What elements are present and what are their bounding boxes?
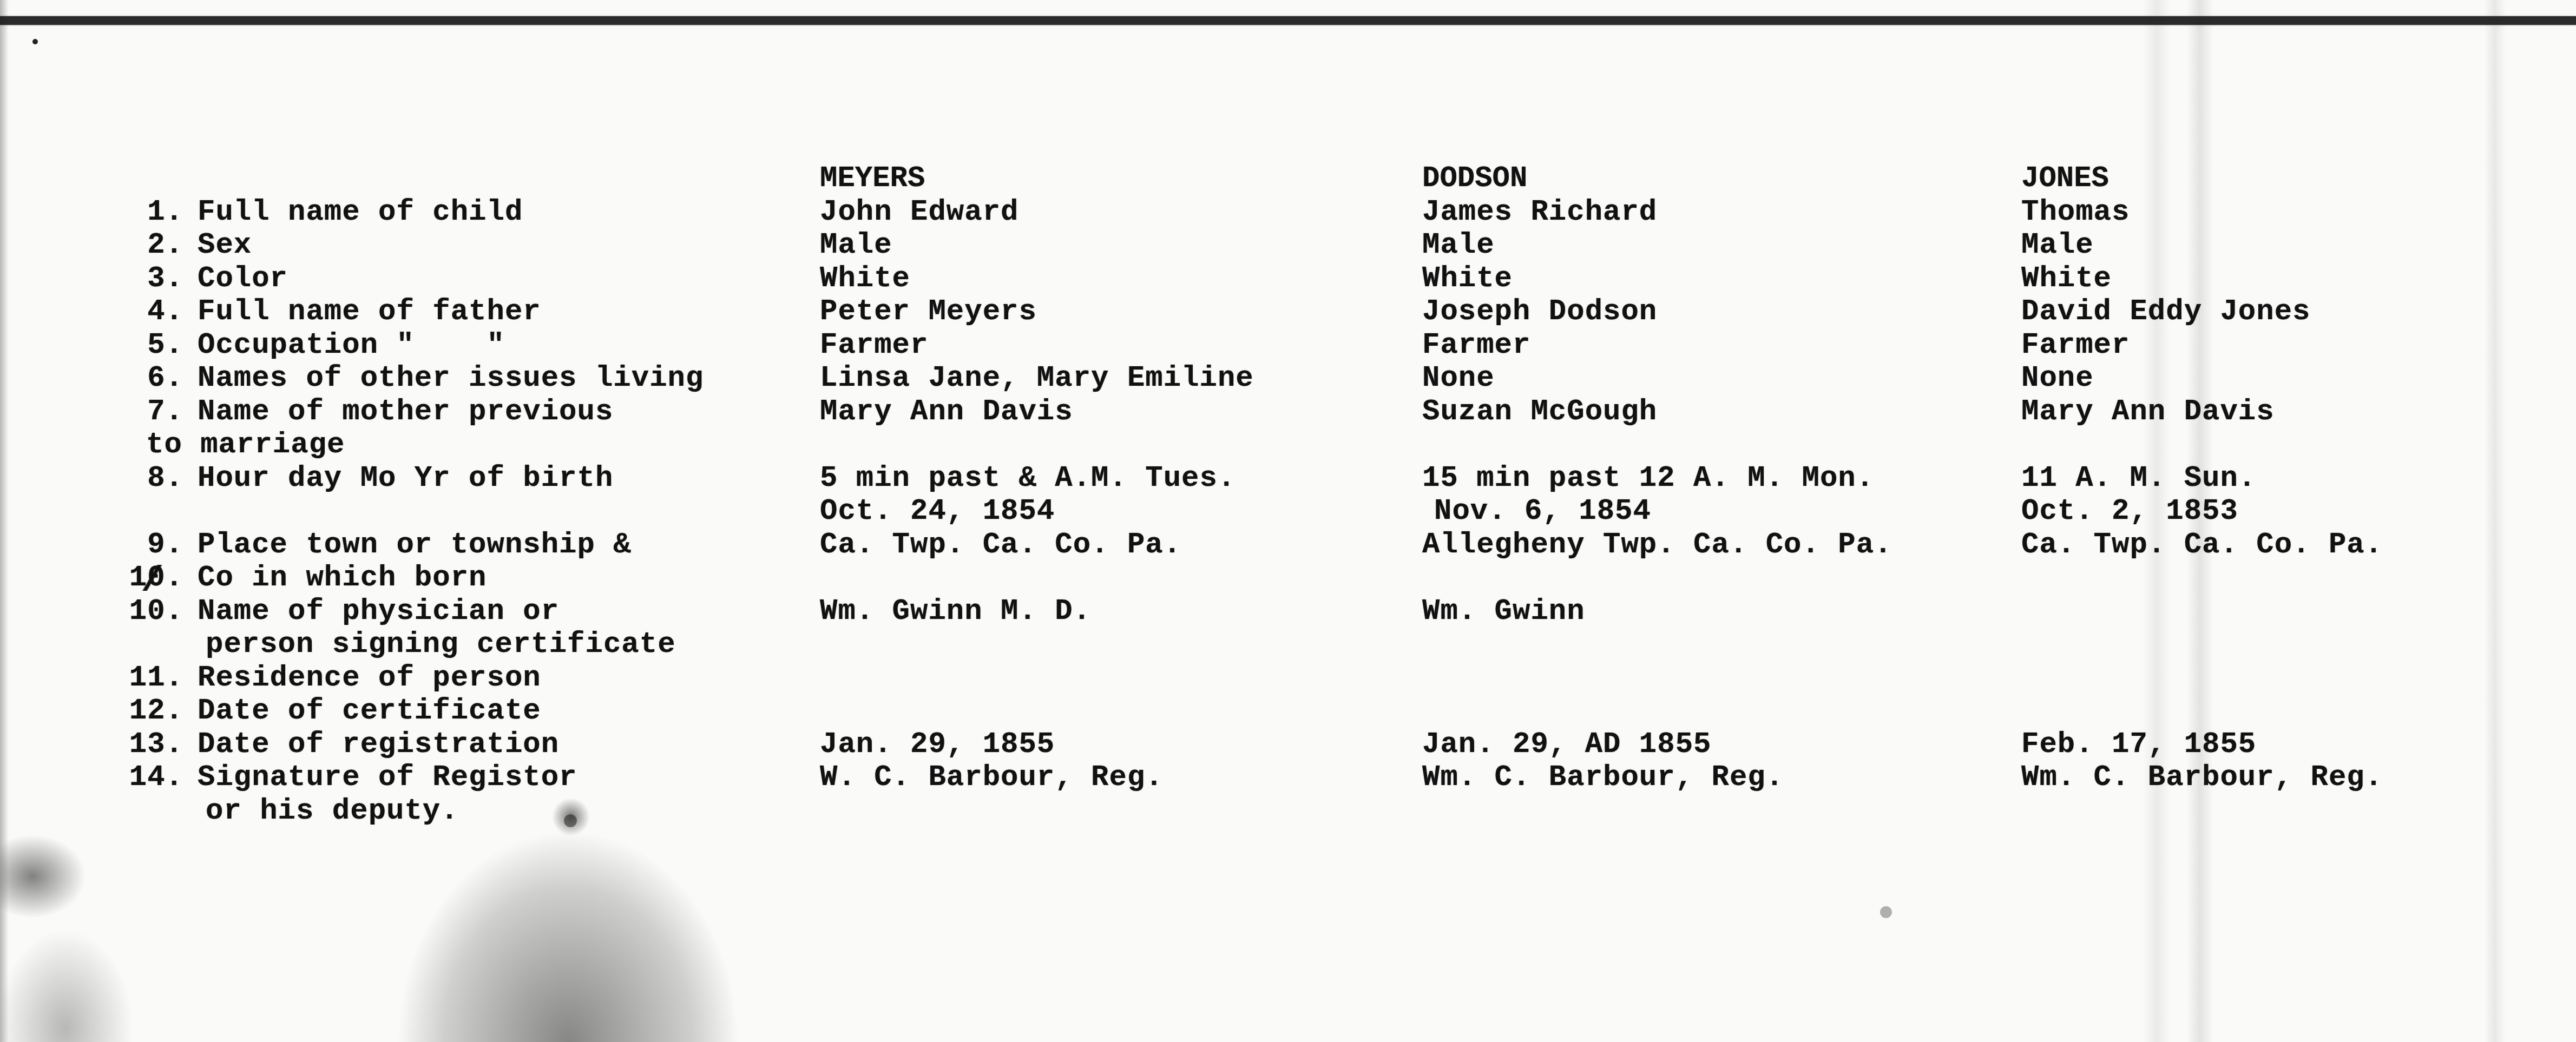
surname-heading: MEYERS (820, 162, 1404, 196)
birth-date-value: Oct. 2, 1853 (2021, 495, 2519, 529)
field-number: 4. (122, 295, 198, 329)
color-value: White (2021, 262, 2519, 296)
blank-line (1422, 628, 1996, 662)
field-number: 10. (122, 595, 198, 629)
field-label-14-continuation: or his deputy. (122, 795, 814, 828)
field-number: 1. (122, 196, 198, 229)
field-label-text: Date of registration (198, 728, 559, 761)
field-number: 2. (122, 229, 198, 262)
field-label-text: Color (198, 262, 288, 295)
field-label-text: Residence of person (198, 662, 541, 695)
field-label-text: Name of physician or (198, 595, 559, 628)
blank-line (2021, 428, 2519, 462)
field-label-7-continuation: to marriage (122, 428, 814, 462)
field-labels-column: 1.Full name of child 2.Sex 3.Color 4.Ful… (122, 162, 814, 828)
field-label-7: 7.Name of mother previous (122, 395, 814, 429)
physician-value: Wm. Gwinn M. D. (820, 595, 1404, 629)
field-label-text: Full name of child (198, 196, 523, 229)
struck-field-number: 10. (122, 562, 198, 595)
physician-value (2021, 595, 2519, 629)
field-label-9: 9.Place town or township & (122, 529, 814, 562)
registration-sheet: 1.Full name of child 2.Sex 3.Color 4.Ful… (0, 0, 2576, 1042)
physician-value: Wm. Gwinn (1422, 595, 1996, 629)
residence-value (820, 662, 1404, 695)
certificate-date-value (820, 695, 1404, 728)
field-number: 7. (122, 395, 198, 429)
residence-value (2021, 662, 2519, 695)
blank-line (1422, 562, 1996, 595)
field-label-8: 8.Hour day Mo Yr of birth (122, 462, 814, 496)
sex-value: Male (2021, 229, 2519, 262)
registrar-signature-value: W. C. Barbour, Reg. (820, 761, 1404, 795)
blank-line (2021, 562, 2519, 595)
registrar-signature-value: Wm. C. Barbour, Reg. (2021, 761, 2519, 795)
birth-date-value: Oct. 24, 1854 (820, 495, 1404, 529)
field-label-1: 1.Full name of child (122, 196, 814, 229)
father-value: Peter Meyers (820, 295, 1404, 329)
field-label-text: Full name of father (198, 295, 541, 328)
birth-time-value: 11 A. M. Sun. (2021, 462, 2519, 496)
registration-date-value: Jan. 29, 1855 (820, 728, 1404, 762)
full-name-value: Thomas (2021, 196, 2519, 229)
field-label-text: Co in which born (198, 562, 487, 595)
mother-maiden-value: Mary Ann Davis (2021, 395, 2519, 429)
occupation-value: Farmer (2021, 329, 2519, 362)
blank-line (122, 495, 814, 529)
blank-line (820, 428, 1404, 462)
field-label-text: Signature of Registor (198, 761, 577, 794)
field-label-10: 10.Name of physician or (122, 595, 814, 629)
field-label-3: 3.Color (122, 262, 814, 296)
field-number: 13. (122, 728, 198, 762)
color-value: White (820, 262, 1404, 296)
field-number: 12. (122, 695, 198, 728)
field-label-2: 2.Sex (122, 229, 814, 262)
field-label-text: Date of certificate (198, 695, 541, 728)
sex-value: Male (820, 229, 1404, 262)
field-number: 14. (122, 761, 198, 795)
field-label-text: Hour day Mo Yr of birth (198, 462, 613, 495)
residence-value (1422, 662, 1996, 695)
field-number: 6. (122, 362, 198, 395)
birth-date-value: Nov. 6, 1854 (1422, 495, 1996, 529)
record-column-jones: JONES Thomas Male White David Eddy Jones… (2021, 162, 2519, 795)
field-label-10-continuation: person signing certificate (122, 628, 814, 662)
full-name-value: James Richard (1422, 196, 1996, 229)
certificate-date-value (1422, 695, 1996, 728)
place-value: Allegheny Twp. Ca. Co. Pa. (1422, 529, 1996, 562)
field-number: 8. (122, 462, 198, 496)
field-label-text: Occupation " " (198, 329, 505, 362)
father-value: Joseph Dodson (1422, 295, 1996, 329)
other-issues-value: None (2021, 362, 2519, 395)
other-issues-value: None (1422, 362, 1996, 395)
field-label-text: Names of other issues living (198, 362, 704, 395)
blank-line (122, 162, 814, 196)
registration-date-value: Feb. 17, 1855 (2021, 728, 2519, 762)
birth-time-value: 5 min past & A.M. Tues. (820, 462, 1404, 496)
place-value: Ca. Twp. Ca. Co. Pa. (2021, 529, 2519, 562)
blank-line (820, 562, 1404, 595)
surname-heading: JONES (2021, 162, 2519, 196)
record-column-dodson: DODSON James Richard Male White Joseph D… (1422, 162, 1996, 795)
other-issues-value: Linsa Jane, Mary Emiline (820, 362, 1404, 395)
field-label-5: 5.Occupation " " (122, 329, 814, 362)
blank-line (820, 628, 1404, 662)
full-name-value: John Edward (820, 196, 1404, 229)
father-value: David Eddy Jones (2021, 295, 2519, 329)
mother-maiden-value: Mary Ann Davis (820, 395, 1404, 429)
mother-maiden-value: Suzan McGough (1422, 395, 1996, 429)
sex-value: Male (1422, 229, 1996, 262)
blank-line (1422, 428, 1996, 462)
color-value: White (1422, 262, 1996, 296)
record-column-meyers: MEYERS John Edward Male White Peter Meye… (820, 162, 1404, 795)
field-number-text: 10. (129, 562, 183, 595)
occupation-value: Farmer (1422, 329, 1996, 362)
field-number: 9. (122, 529, 198, 562)
birth-time-value: 15 min past 12 A. M. Mon. (1422, 462, 1996, 496)
field-label-13: 13.Date of registration (122, 728, 814, 762)
field-label-text: Sex (198, 229, 252, 262)
field-label-text: Place town or township & (198, 529, 632, 562)
field-label-6: 6.Names of other issues living (122, 362, 814, 395)
place-value: Ca. Twp. Ca. Co. Pa. (820, 529, 1404, 562)
certificate-date-value (2021, 695, 2519, 728)
field-label-11: 11.Residence of person (122, 662, 814, 695)
field-number: 11. (122, 662, 198, 695)
surname-heading: DODSON (1422, 162, 1996, 196)
field-label-12: 12.Date of certificate (122, 695, 814, 728)
field-label-14: 14.Signature of Registor (122, 761, 814, 795)
field-label-10-struck: 10.Co in which born (122, 562, 814, 595)
field-number: 5. (122, 329, 198, 362)
registration-date-value: Jan. 29, AD 1855 (1422, 728, 1996, 762)
registrar-signature-value: Wm. C. Barbour, Reg. (1422, 761, 1996, 795)
field-number: 3. (122, 262, 198, 296)
field-label-4: 4.Full name of father (122, 295, 814, 329)
occupation-value: Farmer (820, 329, 1404, 362)
blank-line (2021, 628, 2519, 662)
field-label-text: Name of mother previous (198, 395, 613, 428)
